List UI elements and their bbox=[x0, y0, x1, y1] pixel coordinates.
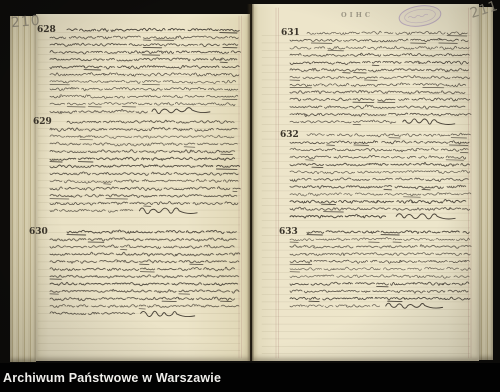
book-gutter bbox=[247, 4, 254, 361]
scanned-book-photo: 210 211 ОІНС Archiwum Państwowe w Warsza… bbox=[0, 0, 500, 392]
entry-number-631: 631 bbox=[281, 28, 300, 38]
archive-watermark: Archiwum Państwowe w Warszawie bbox=[0, 371, 221, 385]
left-page bbox=[36, 14, 250, 361]
right-page bbox=[252, 4, 479, 361]
entry-number-632: 632 bbox=[280, 130, 299, 140]
entry-number-629: 629 bbox=[33, 117, 52, 127]
right-page-edge-stack bbox=[479, 7, 493, 360]
printed-header-text: ОІНС bbox=[341, 11, 373, 19]
left-page-edge-stack bbox=[10, 16, 36, 362]
entry-number-630: 630 bbox=[29, 227, 48, 237]
archive-watermark-bar: Archiwum Państwowe w Warszawie bbox=[0, 363, 500, 392]
entry-number-633: 633 bbox=[279, 227, 298, 237]
entry-number-628: 628 bbox=[37, 25, 56, 35]
